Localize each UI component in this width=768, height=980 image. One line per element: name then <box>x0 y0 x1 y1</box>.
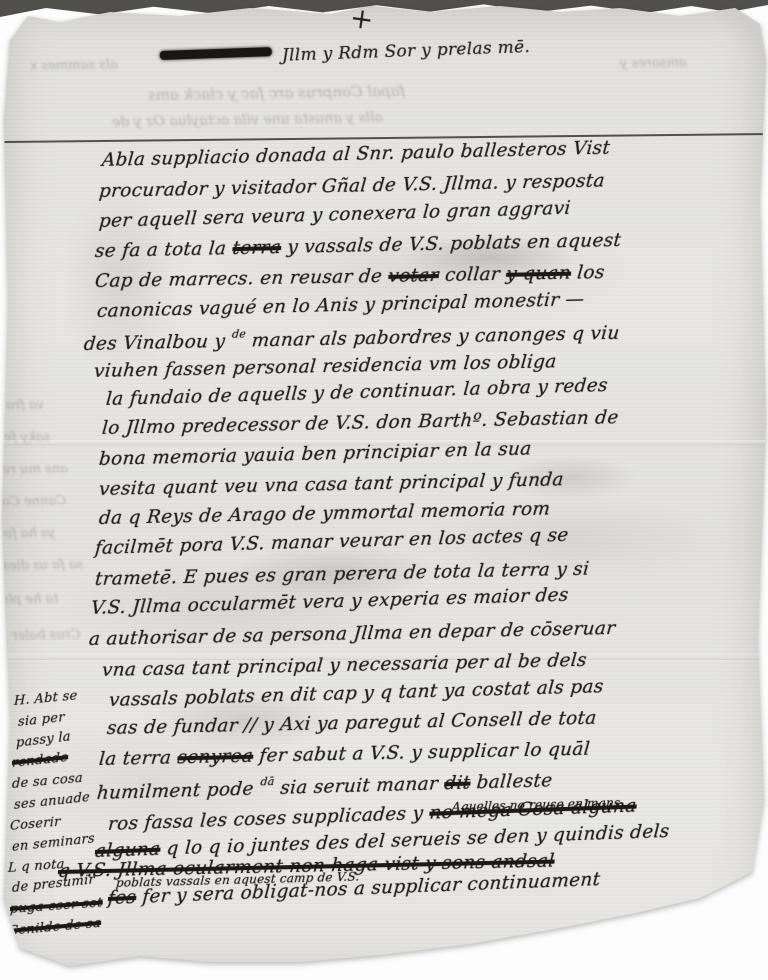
handwritten-text: sas de fundar // y Axi ya paregut al Con… <box>106 708 597 739</box>
handwritten-text: a authorisar de sa persona Jllma en depa… <box>88 618 616 650</box>
handwritten-text: Coserir <box>10 815 61 835</box>
body-line: a authorisar de sa persona Jllma en depa… <box>88 618 616 650</box>
handwritten-text: humilment pode <box>96 778 261 804</box>
paper-wrapper: + Jllm y Rdm Sor y prelas mē. fapal Conp… <box>0 0 768 980</box>
salutation-line: Jllm y Rdm Sor y prelas mē. <box>160 37 531 70</box>
handwritten-text: Abla suppliacio donada al Snr. paulo bal… <box>101 138 611 171</box>
handwritten-text: facilmēt pora V.S. manar veurar en los a… <box>94 525 569 559</box>
handwritten-text: vesita quant veu vna casa tant principal… <box>98 469 565 500</box>
margin-note-line: puga eser sot <box>10 895 103 917</box>
body-line: Abla suppliacio donada al Snr. paulo bal… <box>101 138 611 171</box>
handwritten-text: en seminars <box>12 831 95 855</box>
body-line: se fa a tota la terra y vassals de V.S. … <box>94 230 622 262</box>
margin-note-line: ses anuade <box>14 790 90 813</box>
fold-crease-line <box>0 133 768 143</box>
margin-note-line: en seminars <box>12 831 95 855</box>
handwritten-text: los <box>570 262 605 284</box>
handwritten-text: Cap de marrecs. en reusar de <box>94 266 389 292</box>
handwritten-text: y vassals de V.S. poblats en aquest <box>280 230 622 258</box>
handwritten-text: la fundaio de aquells y de continuar. la… <box>105 375 608 410</box>
body-line: la fundaio de aquells y de continuar. la… <box>105 375 608 410</box>
margin-note-line: sia per <box>18 710 65 730</box>
handwritten-text: V.S. Jllma occularmēt vera y experia es … <box>90 585 569 619</box>
handwritten-text: H. Abt se <box>14 688 78 709</box>
body-line: facilmēt pora V.S. manar veurar en los a… <box>94 525 569 559</box>
struck-through-text: dit <box>444 773 472 795</box>
bleedthrough-ghost-line: saky fe <box>4 430 51 446</box>
handwritten-text: se fa a tota la <box>94 238 233 262</box>
handwritten-text: de sa cosa <box>12 771 83 792</box>
handwritten-text: sia per <box>18 710 65 730</box>
bleedthrough-ghost-line: ys ha fo <box>4 526 55 542</box>
bleedthrough-ghost-line: amsores y <box>620 55 687 71</box>
margin-note-line: Coserir <box>10 815 61 835</box>
superscript-insertion: de <box>231 328 246 341</box>
struck-through-text: terra <box>232 237 282 259</box>
handwritten-text: ses anuade <box>14 790 90 813</box>
bleedthrough-ghost-line: Canne Co <box>2 493 66 509</box>
body-line: procurador y visitador Gñal de V.S. Jllm… <box>98 170 606 202</box>
body-line: V.S. Jllma occularmēt vera y experia es … <box>90 585 569 619</box>
handwritten-text: de presumir <box>12 872 95 896</box>
bleedthrough-ghost-line: sa fa us dies <box>2 557 84 573</box>
body-line: canonicas vagué en lo Anis y principal m… <box>96 289 585 322</box>
body-line: la terra senyrea fer sabut a V.S. y supp… <box>98 739 591 770</box>
invocation-cross-mark: + <box>348 1 376 37</box>
body-line: lo Jllmo predecessor de V.S. don Barthº.… <box>101 407 619 439</box>
margin-note-line: H. Abt se <box>14 688 78 709</box>
handwritten-text: sia seruit manar <box>273 773 445 799</box>
struck-through-text: votar <box>388 265 440 287</box>
superscript-insertion: dā <box>260 775 275 788</box>
bleedthrough-ghost-line: als sammes x <box>30 57 118 74</box>
body-line: per aquell sera veura y conexera lo gran… <box>98 198 571 232</box>
struck-through-text: rendade <box>12 750 68 771</box>
bleedthrough-ghost-line: Cras baler y <box>0 627 80 643</box>
body-line: vassals poblats en dit cap y q tant ya c… <box>108 676 604 711</box>
margin-note-line: de sa cosa <box>12 771 83 792</box>
handwritten-text: vassals poblats en dit cap y q tant ya c… <box>108 676 604 711</box>
handwritten-text: per aquell sera veura y conexera lo gran… <box>98 198 571 232</box>
struck-through-text: y quan <box>505 263 572 285</box>
handwritten-text: da q Reys de Arago de ymmortal memoria r… <box>98 499 551 529</box>
struck-through-text: fes <box>107 887 137 909</box>
margin-note-line: rendade <box>12 750 68 771</box>
handwritten-text: L q nota <box>8 857 65 876</box>
handwritten-text: fer sabut a V.S. y supplicar lo quāl <box>252 739 591 767</box>
handwritten-text: canonicas vagué en lo Anis y principal m… <box>96 289 585 322</box>
handwritten-text: des Vinalbou y <box>83 331 232 355</box>
struck-through-text: senyrea <box>177 746 254 769</box>
body-line: da q Reys de Arago de ymmortal memoria r… <box>98 499 551 529</box>
handwritten-text: collar <box>438 264 507 286</box>
handwritten-text: manar als pabordres y canonges q viu <box>245 323 621 352</box>
body-line: sas de fundar // y Axi ya paregut al Con… <box>106 708 597 739</box>
bleedthrough-ghost-line: fapal Conprus arc fac y clack ams <box>148 82 405 104</box>
bleedthrough-ghost-line: va fra <box>6 398 44 414</box>
body-line: Cap de marrecs. en reusar de votar colla… <box>94 262 606 292</box>
body-line: vesita quant veu vna casa tant principal… <box>98 469 565 500</box>
manuscript-page: + Jllm y Rdm Sor y prelas mē. fapal Conp… <box>0 0 768 980</box>
handwritten-text: passy la <box>16 729 71 751</box>
salutation-text: Jllm y Rdm Sor y prelas mē. <box>282 37 531 66</box>
handwritten-text: la terra <box>98 747 178 770</box>
margin-note-line: L q nota <box>8 857 65 876</box>
body-line: des Vinalbou y de manar als pabordres y … <box>83 320 621 355</box>
handwritten-text: procurador y visitador Gñal de V.S. Jllm… <box>98 170 606 202</box>
struck-through-text: Genilde de sa <box>8 916 101 939</box>
handwritten-text: balleste <box>470 770 554 793</box>
bleedthrough-ghost-line: alls y anusta une vila actaylua Oz y de <box>112 110 383 131</box>
margin-note-line: Genilde de sa <box>8 916 101 939</box>
handwritten-text: lo Jllmo predecessor de V.S. don Barthº.… <box>101 407 619 439</box>
obliterated-word <box>160 47 272 60</box>
struck-through-text: puga eser sot <box>10 895 103 917</box>
bleedthrough-ghost-line: ans mu re <box>2 461 68 477</box>
margin-note-line: passy la <box>16 729 71 751</box>
bleedthrough-ghost-line: ta he pls <box>2 592 59 608</box>
margin-note-line: de presumir <box>12 872 95 896</box>
manuscript-scan: + Jllm y Rdm Sor y prelas mē. fapal Conp… <box>0 0 768 980</box>
